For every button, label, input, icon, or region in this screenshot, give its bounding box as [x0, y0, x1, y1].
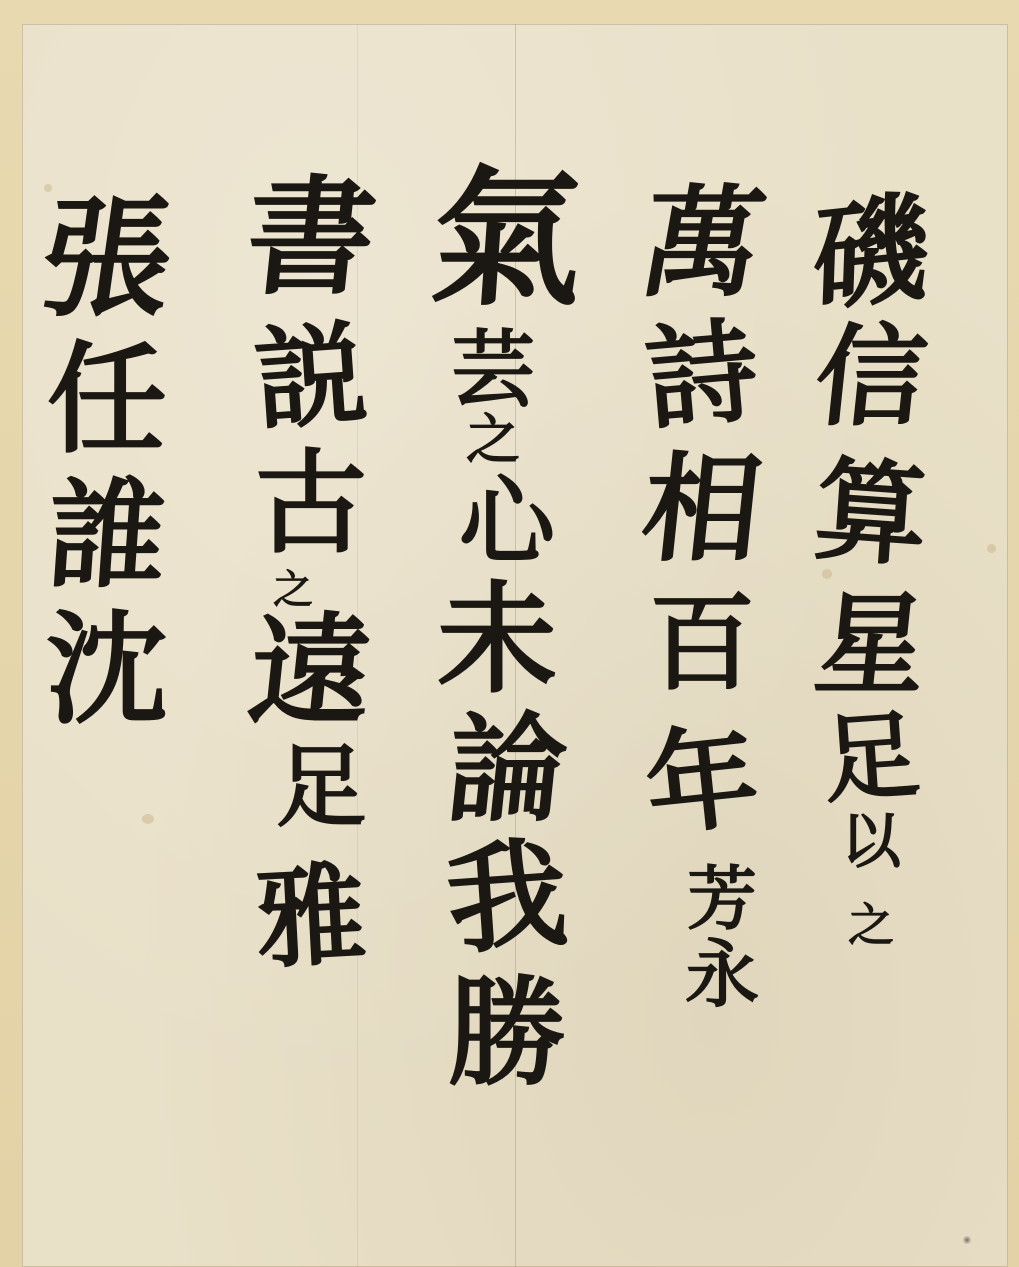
- glyph: 遠: [244, 610, 379, 732]
- glyph: 論: [442, 710, 572, 828]
- glyph: 芳: [687, 864, 757, 934]
- glyph: 未: [437, 580, 557, 700]
- text-column-1: 磯 信 算 星 足 以 之: [812, 194, 930, 948]
- calligraphy-sheet: 磯 信 算 星 足 以 之 萬 詩 相 百 年 芳 永 氣 芸 之 心 未 論 …: [22, 24, 1008, 1267]
- glyph: 張: [33, 194, 181, 324]
- glyph: 永: [685, 938, 759, 1012]
- glyph: 我: [443, 834, 571, 962]
- glyph: 心: [459, 474, 555, 570]
- glyph: 磯: [810, 187, 932, 318]
- paper-stain: [987, 544, 996, 553]
- glyph: 足: [276, 742, 366, 832]
- glyph: 信: [810, 322, 932, 432]
- glyph: 説: [251, 318, 371, 438]
- glyph: 書: [240, 174, 381, 302]
- glyph: 古: [255, 448, 367, 560]
- glyph: 以: [841, 812, 901, 872]
- paper-stain: [142, 814, 154, 824]
- glyph: 詩: [641, 315, 762, 436]
- glyph: 之: [848, 902, 894, 948]
- glyph: 百: [649, 590, 755, 696]
- glyph: 雅: [253, 859, 369, 975]
- glyph: 誰: [44, 476, 170, 594]
- glyph: 勝: [448, 974, 566, 1092]
- glyph: 相: [637, 450, 767, 568]
- ink-speck: [962, 1236, 972, 1244]
- text-column-5: 張 任 誰 沈: [42, 194, 172, 730]
- text-column-4: 書 説 古 之 遠 足 雅: [247, 174, 375, 972]
- glyph: 算: [811, 454, 931, 574]
- glyph: 芸: [451, 328, 535, 412]
- glyph: 沈: [46, 608, 168, 730]
- glyph: 之: [466, 412, 520, 466]
- text-column-2: 萬 詩 相 百 年 芳 永: [642, 184, 762, 1012]
- glyph: 星: [810, 590, 932, 700]
- glyph: 氣: [427, 164, 588, 314]
- glyph: 萬: [631, 184, 772, 304]
- glyph: 年: [640, 720, 763, 843]
- glyph: 任: [47, 340, 167, 460]
- glyph: 足: [820, 707, 922, 809]
- text-column-3: 氣 芸 之 心 未 論 我 勝: [432, 164, 582, 1092]
